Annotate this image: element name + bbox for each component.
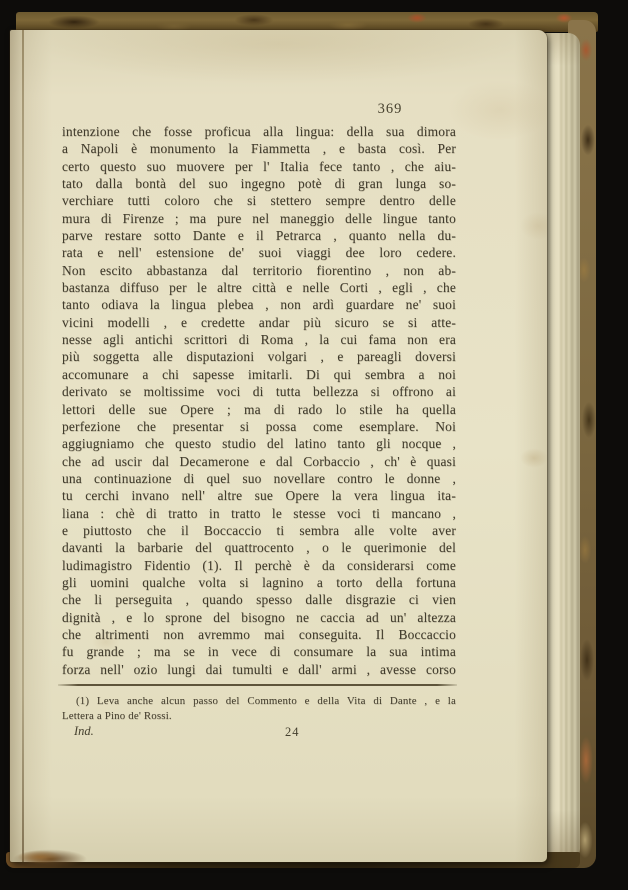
gutter-crease [22, 30, 24, 862]
text-line: intenzione che fosse proficua alla lingu… [62, 123, 456, 140]
text-line: certo questo suo muovere per l' Italia f… [62, 158, 456, 175]
text-line: fu grande ; ma se in vece di consumare l… [62, 643, 456, 660]
text-line: parve restare sotto Dante e il Petrarca … [62, 227, 456, 244]
text-line: dignità , e lo sprone del bisogno ne cac… [62, 609, 456, 626]
text-line: accomunare a chi sapesse imitarli. Di qu… [62, 366, 456, 383]
text-line: più soggetta alle disputazioni volgari ,… [62, 348, 456, 365]
text-line: una continuazione di quel suo novellare … [62, 470, 456, 487]
book-top-marbled-edge [16, 12, 598, 32]
open-book-photograph: 369 intenzione che fosse proficua alla l… [0, 0, 628, 890]
book-page: 369 intenzione che fosse proficua alla l… [10, 30, 547, 862]
footnote-separator-rule [58, 684, 457, 686]
text-line: rata e nell' estensione de' suoi viaggi … [62, 244, 456, 261]
text-line: verchiare tutti coloro che si stettero s… [62, 192, 456, 209]
footnote-text: (1) Leva anche alcun passo del Commento … [62, 694, 456, 724]
signature-mark: Ind. [74, 724, 94, 739]
text-line: tanto odiava la lingua plebea , non ardì… [62, 296, 456, 313]
footnote-line: (1) Leva anche alcun passo del Commento … [62, 694, 456, 709]
text-line: gli uomini qualche volta si lagnino a to… [62, 574, 456, 591]
text-line: derivato se moltissime voci di tutta bel… [62, 383, 456, 400]
text-line: mura di Firenze ; ma pure nel maneggio d… [62, 210, 456, 227]
text-line: ludimagistro Fidentio (1). Il perchè è d… [62, 557, 456, 574]
text-line: a Napoli è monumento la Fiammetta , e ba… [62, 140, 456, 157]
text-line: e piuttosto che il Boccaccio ti sembra a… [62, 522, 456, 539]
page-number: 369 [355, 101, 425, 118]
text-line: tato dalla bontà del suo ingegno potè di… [62, 175, 456, 192]
text-line: davanti la barbarie del quattrocento , o… [62, 539, 456, 556]
page-body-text: intenzione che fosse proficua alla lingu… [62, 123, 456, 678]
text-line: forza nell' ozio lungi dai tumulti e dal… [62, 661, 456, 678]
text-line: bastanza diffuso per le altre città e ne… [62, 279, 456, 296]
text-line: lettori delle sue Opere ; ma di rado lo … [62, 401, 456, 418]
text-line: che altrimenti non avremmo mai conseguit… [62, 626, 456, 643]
text-line: Non escito abbastanza dal territorio fio… [62, 262, 456, 279]
text-line: nesse agli antichi scrittori di Roma , l… [62, 331, 456, 348]
text-line: che ad uscir dal Decamerone e dal Corbac… [62, 453, 456, 470]
text-line: perfezione che presentar si possa come e… [62, 418, 456, 435]
text-line: che li perseguita , quando spesso dalle … [62, 591, 456, 608]
text-line: vicini modelli , e credette andar più si… [62, 314, 456, 331]
text-line: liana : chè di tratto in tratto le stess… [62, 505, 456, 522]
footnote-line: Lettera a Pino de' Rossi. [62, 709, 456, 724]
sheet-number: 24 [285, 725, 300, 740]
text-line: tu cerchi invano nell' altre sue Opere l… [62, 487, 456, 504]
text-line: aggiugniamo che questo studio del latino… [62, 435, 456, 452]
